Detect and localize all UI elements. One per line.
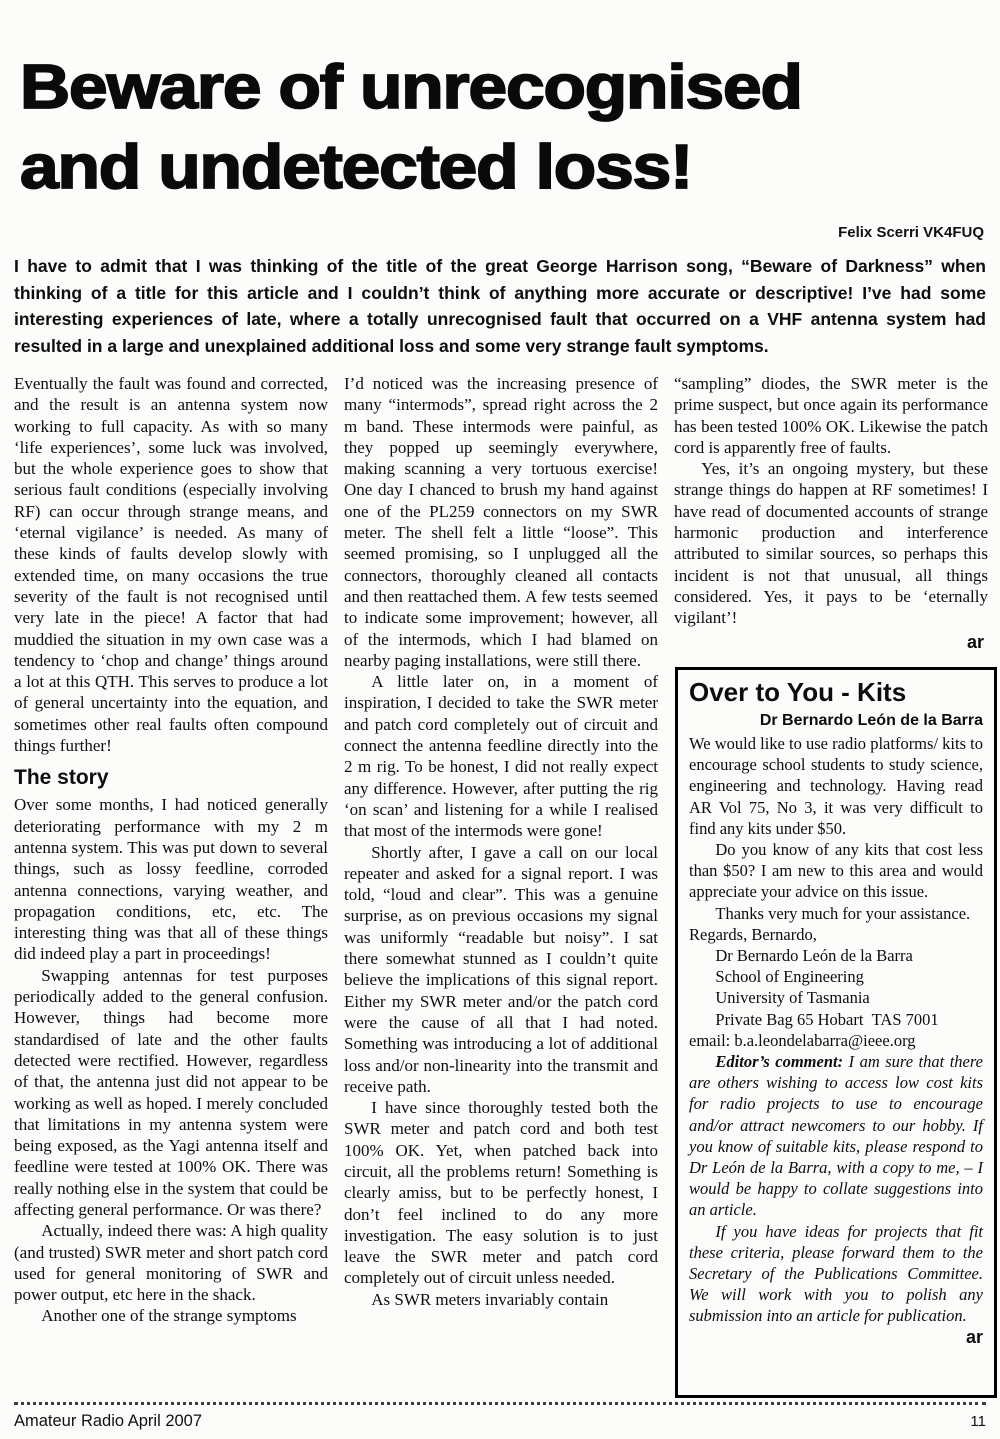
article-title: Beware of unrecognised and undetected lo…: [20, 48, 986, 208]
body-paragraph: Swapping antennas for test purposes peri…: [14, 965, 328, 1221]
kits-paragraph: Regards, Bernardo,: [689, 924, 983, 945]
column-1: Eventually the fault was found and corre…: [14, 373, 328, 1327]
article-title-line2: and undetected loss!: [20, 128, 1000, 208]
page-number: 11: [970, 1413, 986, 1430]
body-paragraph: Eventually the fault was found and corre…: [14, 373, 328, 756]
kits-box-title: Over to You - Kits: [689, 677, 983, 708]
editor-comment-2: If you have ideas for projects that fit …: [689, 1221, 983, 1327]
kits-box-byline: Dr Bernardo León de la Barra: [689, 711, 983, 731]
body-paragraph: As SWR meters invariably contain: [344, 1289, 658, 1310]
section-heading-the-story: The story: [14, 765, 328, 790]
article-title-line1: Beware of unrecognised: [20, 48, 1000, 128]
body-paragraph: “sampling” diodes, the SWR meter is the …: [674, 373, 988, 458]
column-2: I’d noticed was the increasing presence …: [344, 373, 658, 1327]
lead-paragraph: I have to admit that I was thinking of t…: [14, 253, 986, 359]
email-line: email: b.a.leondelabarra@ieee.org: [689, 1030, 983, 1051]
body-paragraph: I’d noticed was the increasing presence …: [344, 373, 658, 671]
author-byline: Felix Scerri VK4FUQ: [14, 224, 984, 241]
body-paragraph: Yes, it’s an ongoing mystery, but these …: [674, 458, 988, 628]
editor-comment-text: I am sure that there are others wishing …: [689, 1052, 983, 1219]
page-footer: Amateur Radio April 2007 11: [14, 1402, 986, 1431]
editor-comment-text-2: If you have ideas for projects that fit …: [689, 1222, 983, 1326]
over-to-you-kits-box: Over to You - Kits Dr Bernardo León de l…: [675, 667, 997, 1398]
kits-paragraph: We would like to use radio platforms/ ki…: [689, 733, 983, 839]
body-paragraph: Shortly after, I gave a call on our loca…: [344, 842, 658, 1098]
address-line: Dr Bernardo León de la Barra: [689, 945, 983, 966]
magazine-page: Beware of unrecognised and undetected lo…: [0, 0, 1000, 1439]
address-line: University of Tasmania: [689, 987, 983, 1008]
body-paragraph: Actually, indeed there was: A high quali…: [14, 1220, 328, 1305]
article-end-mark: ar: [674, 632, 988, 653]
body-paragraph: A little later on, in a moment of inspir…: [344, 671, 658, 841]
kits-end-mark: ar: [940, 1327, 983, 1348]
body-paragraph: I have since thoroughly tested both the …: [344, 1097, 658, 1289]
kits-paragraph: Thanks very much for your assistance.: [689, 903, 983, 924]
address-line: School of Engineering: [689, 966, 983, 987]
editor-comment: Editor’s comment: I am sure that there a…: [689, 1051, 983, 1221]
footer-journal-title: Amateur Radio April 2007: [14, 1412, 202, 1431]
body-paragraph: Another one of the strange symptoms: [14, 1305, 328, 1326]
body-paragraph: Over some months, I had noticed generall…: [14, 794, 328, 964]
kits-paragraph: Do you know of any kits that cost less t…: [689, 839, 983, 903]
editor-comment-label: Editor’s comment:: [715, 1052, 843, 1071]
address-line: Private Bag 65 Hobart TAS 7001: [689, 1009, 983, 1030]
